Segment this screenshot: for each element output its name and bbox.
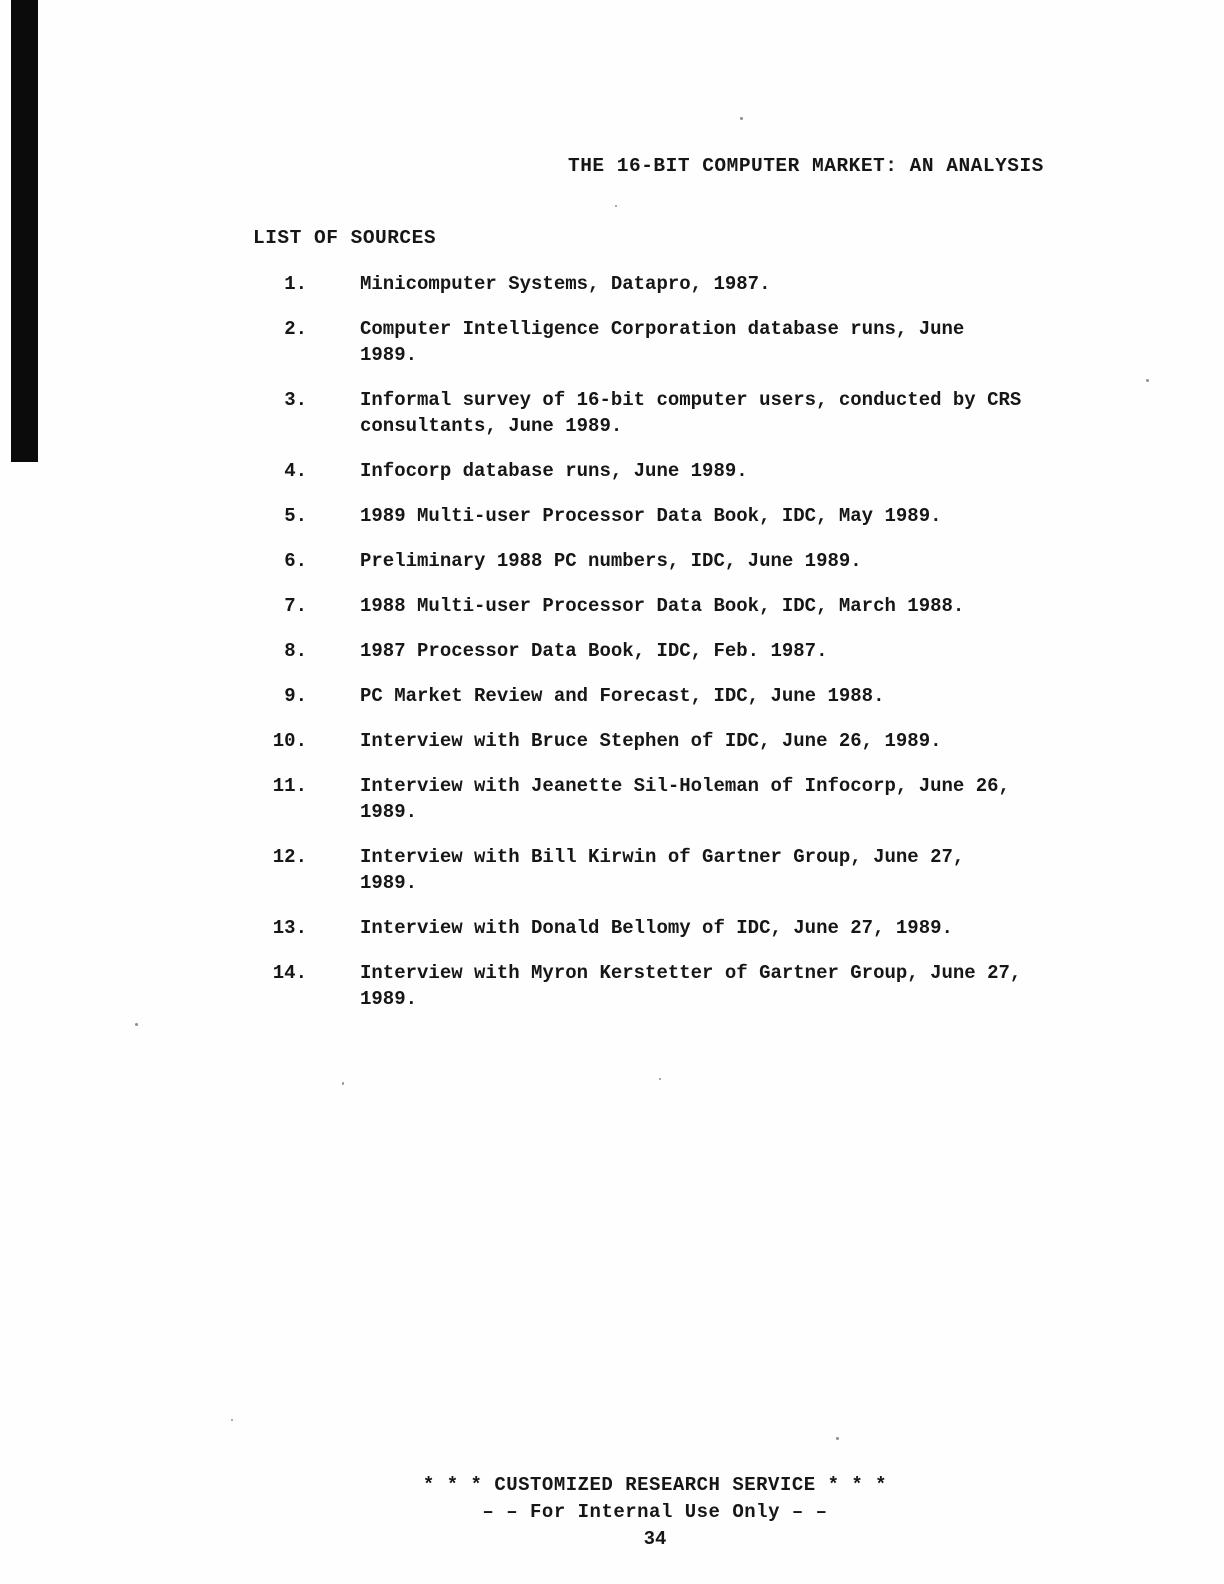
source-text: PC Market Review and Forecast, IDC, June… [360, 683, 885, 709]
source-text: Preliminary 1988 PC numbers, IDC, June 1… [360, 548, 862, 574]
source-text: 1988 Multi-user Processor Data Book, IDC… [360, 593, 964, 619]
document-page: THE 16-BIT COMPUTER MARKET: AN ANALYSIS … [0, 0, 1224, 1584]
scan-speck [231, 1419, 233, 1421]
scan-speck [342, 1082, 344, 1085]
source-number: 9. [250, 683, 307, 709]
source-number: 6. [250, 548, 307, 574]
scan-speck [135, 1023, 138, 1026]
source-text: Interview with Bruce Stephen of IDC, Jun… [360, 728, 942, 754]
scan-speck [615, 205, 617, 207]
source-text: Minicomputer Systems, Datapro, 1987. [360, 271, 770, 297]
source-item: 7.1988 Multi-user Processor Data Book, I… [250, 593, 1080, 619]
scan-artifact-bar [11, 0, 38, 462]
source-number: 14. [250, 960, 307, 986]
source-number: 7. [250, 593, 307, 619]
source-number: 1. [250, 271, 307, 297]
source-text: Interview with Donald Bellomy of IDC, Ju… [360, 915, 953, 941]
source-number: 5. [250, 503, 307, 529]
source-item: 3.Informal survey of 16-bit computer use… [250, 387, 1080, 439]
source-number: 11. [250, 773, 307, 799]
source-item: 13.Interview with Donald Bellomy of IDC,… [250, 915, 1080, 941]
source-number: 12. [250, 844, 307, 870]
source-list: 1.Minicomputer Systems, Datapro, 1987.2.… [250, 271, 1080, 1031]
source-number: 13. [250, 915, 307, 941]
source-item: 2.Computer Intelligence Corporation data… [250, 316, 1080, 368]
source-number: 3. [250, 387, 307, 413]
page-title: THE 16-BIT COMPUTER MARKET: AN ANALYSIS [568, 155, 1044, 177]
source-number: 2. [250, 316, 307, 342]
section-heading: LIST OF SOURCES [253, 227, 436, 249]
source-item: 8.1987 Processor Data Book, IDC, Feb. 19… [250, 638, 1080, 664]
source-text: Interview with Bill Kirwin of Gartner Gr… [360, 844, 964, 896]
source-item: 10.Interview with Bruce Stephen of IDC, … [250, 728, 1080, 754]
source-number: 4. [250, 458, 307, 484]
source-item: 9.PC Market Review and Forecast, IDC, Ju… [250, 683, 1080, 709]
source-item: 11.Interview with Jeanette Sil-Holeman o… [250, 773, 1080, 825]
scan-speck [659, 1078, 661, 1080]
source-text: Interview with Myron Kerstetter of Gartn… [360, 960, 1021, 1012]
source-text: Computer Intelligence Corporation databa… [360, 316, 964, 368]
source-text: Infocorp database runs, June 1989. [360, 458, 748, 484]
source-text: Informal survey of 16-bit computer users… [360, 387, 1021, 439]
page-number: 34 [305, 1526, 1005, 1552]
footer-internal-use-line: – – For Internal Use Only – – [305, 1499, 1005, 1526]
page-footer: * * * CUSTOMIZED RESEARCH SERVICE * * * … [305, 1472, 1005, 1552]
source-item: 14.Interview with Myron Kerstetter of Ga… [250, 960, 1080, 1012]
scan-speck [836, 1437, 839, 1440]
source-number: 8. [250, 638, 307, 664]
source-number: 10. [250, 728, 307, 754]
source-item: 4.Infocorp database runs, June 1989. [250, 458, 1080, 484]
source-text: 1989 Multi-user Processor Data Book, IDC… [360, 503, 942, 529]
source-item: 5.1989 Multi-user Processor Data Book, I… [250, 503, 1080, 529]
scan-speck [1146, 379, 1149, 382]
source-text: 1987 Processor Data Book, IDC, Feb. 1987… [360, 638, 827, 664]
footer-service-line: * * * CUSTOMIZED RESEARCH SERVICE * * * [305, 1472, 1005, 1499]
source-item: 12.Interview with Bill Kirwin of Gartner… [250, 844, 1080, 896]
source-item: 1.Minicomputer Systems, Datapro, 1987. [250, 271, 1080, 297]
source-item: 6.Preliminary 1988 PC numbers, IDC, June… [250, 548, 1080, 574]
scan-speck [740, 117, 743, 120]
source-text: Interview with Jeanette Sil-Holeman of I… [360, 773, 1010, 825]
